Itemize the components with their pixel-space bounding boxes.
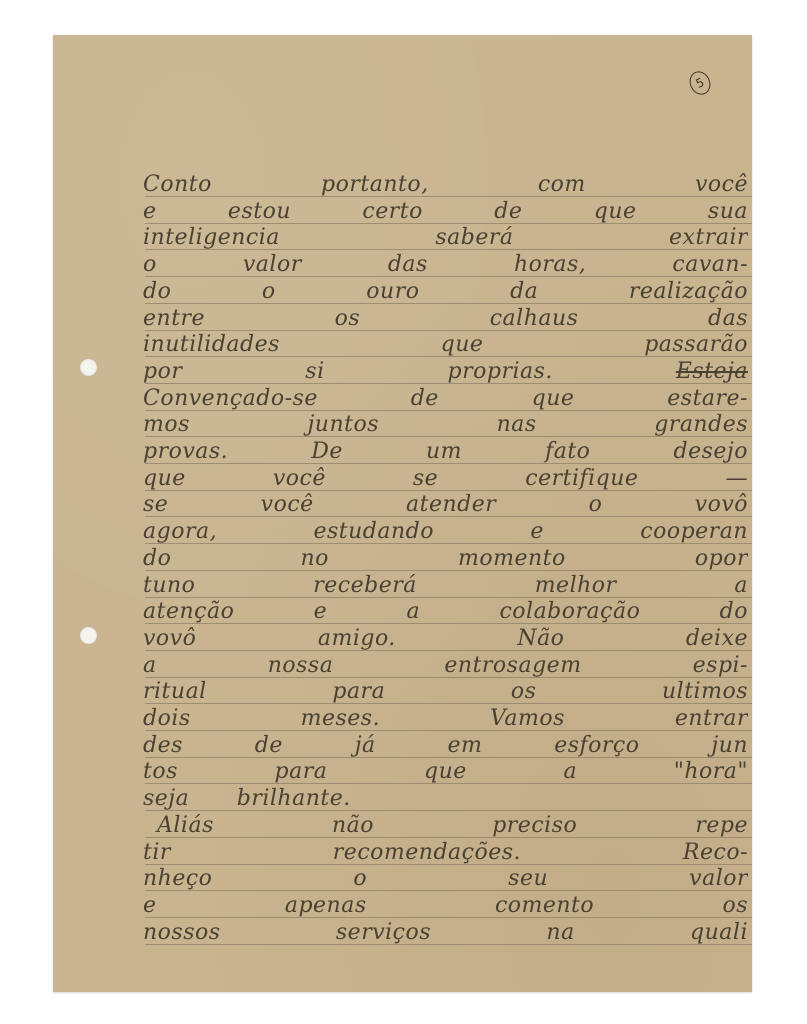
line-text: des de já em esforço jun — [143, 733, 748, 758]
handwritten-line: do no momento opor — [143, 545, 748, 572]
handwritten-line: tuno receberá melhor a — [143, 572, 748, 599]
handwritten-line: o valor das horas, cavan- — [143, 251, 748, 278]
line-text: tos para que a "hora" — [143, 759, 748, 784]
line-text: o valor das horas, cavan- — [143, 252, 748, 277]
handwritten-line: Aliás não preciso repe — [143, 812, 748, 839]
line-text: inutilidades que passarão — [143, 332, 748, 357]
handwritten-line: vovô amigo. Não deixe — [143, 625, 748, 652]
handwritten-line: agora, estudando e cooperan — [143, 518, 748, 545]
line-text: Convençado-se de que estare- — [143, 386, 748, 411]
handwritten-line: que você se certifique — — [143, 465, 748, 492]
line-text: vovô amigo. Não deixe — [143, 626, 748, 651]
line-text: seja brilhante. — [143, 786, 351, 811]
line-text: entre os calhaus das — [143, 306, 748, 331]
punch-hole-top — [80, 359, 97, 376]
handwritten-line: dois meses. Vamos entrar — [143, 705, 748, 732]
handwritten-line: tir recomendações. Reco- — [143, 839, 748, 866]
line-text: tuno receberá melhor a — [143, 573, 748, 598]
line-text: que você se certifique — — [143, 466, 748, 491]
struck-word: Esteja — [676, 359, 748, 384]
line-text: inteligencia saberá extrair — [143, 225, 748, 250]
handwritten-line: e estou certo de que sua — [143, 198, 748, 225]
line-text: nossos serviços na quali — [143, 920, 748, 945]
page-number-circled: 5 — [686, 68, 714, 98]
handwritten-line: entre os calhaus das — [143, 305, 748, 332]
handwritten-line: inteligencia saberá extrair — [143, 224, 748, 251]
letter-page: 5 Conto portanto, com vocêe estou certo … — [53, 35, 752, 992]
line-text: a nossa entrosagem espi- — [143, 653, 748, 678]
line-text: provas. De um fato desejo — [143, 439, 748, 464]
handwritten-line: por si proprias. Esteja — [143, 358, 748, 385]
line-text: Conto portanto, com você — [143, 172, 748, 197]
handwritten-line: atenção e a colaboração do — [143, 598, 748, 625]
punch-hole-bottom — [80, 627, 97, 644]
line-text: mos juntos nas grandes — [143, 412, 748, 437]
line-text: por si proprias. — [143, 359, 676, 384]
line-text: ritual para os ultimos — [143, 679, 748, 704]
handwritten-line: a nossa entrosagem espi- — [143, 652, 748, 679]
handwritten-line: Convençado-se de que estare- — [143, 385, 748, 412]
line-text: do o ouro da realização — [143, 279, 748, 304]
handwritten-line: nheço o seu valor — [143, 865, 748, 892]
handwritten-line: do o ouro da realização — [143, 278, 748, 305]
line-text: Aliás não preciso repe — [157, 813, 748, 838]
handwritten-line: ritual para os ultimos — [143, 678, 748, 705]
line-text: atenção e a colaboração do — [143, 599, 748, 624]
line-text: e estou certo de que sua — [143, 199, 748, 224]
handwritten-line: provas. De um fato desejo — [143, 438, 748, 465]
handwritten-line: se você atender o vovô — [143, 491, 748, 518]
handwritten-line: nossos serviços na quali — [143, 919, 748, 946]
line-text: e apenas comento os — [143, 893, 748, 918]
line-text: dois meses. Vamos entrar — [143, 706, 748, 731]
line-text: agora, estudando e cooperan — [143, 519, 748, 544]
line-text: tir recomendações. Reco- — [143, 840, 748, 865]
handwritten-line: tos para que a "hora" — [143, 758, 748, 785]
line-text: nheço o seu valor — [143, 866, 748, 891]
handwritten-line: e apenas comento os — [143, 892, 748, 919]
line-text: se você atender o vovô — [143, 492, 748, 517]
handwritten-line: inutilidades que passarão — [143, 331, 748, 358]
handwritten-line: seja brilhante. — [143, 785, 748, 812]
handwritten-line: Conto portanto, com você — [143, 171, 748, 198]
line-text: do no momento opor — [143, 546, 748, 571]
handwritten-line: mos juntos nas grandes — [143, 411, 748, 438]
handwritten-line: des de já em esforço jun — [143, 732, 748, 759]
